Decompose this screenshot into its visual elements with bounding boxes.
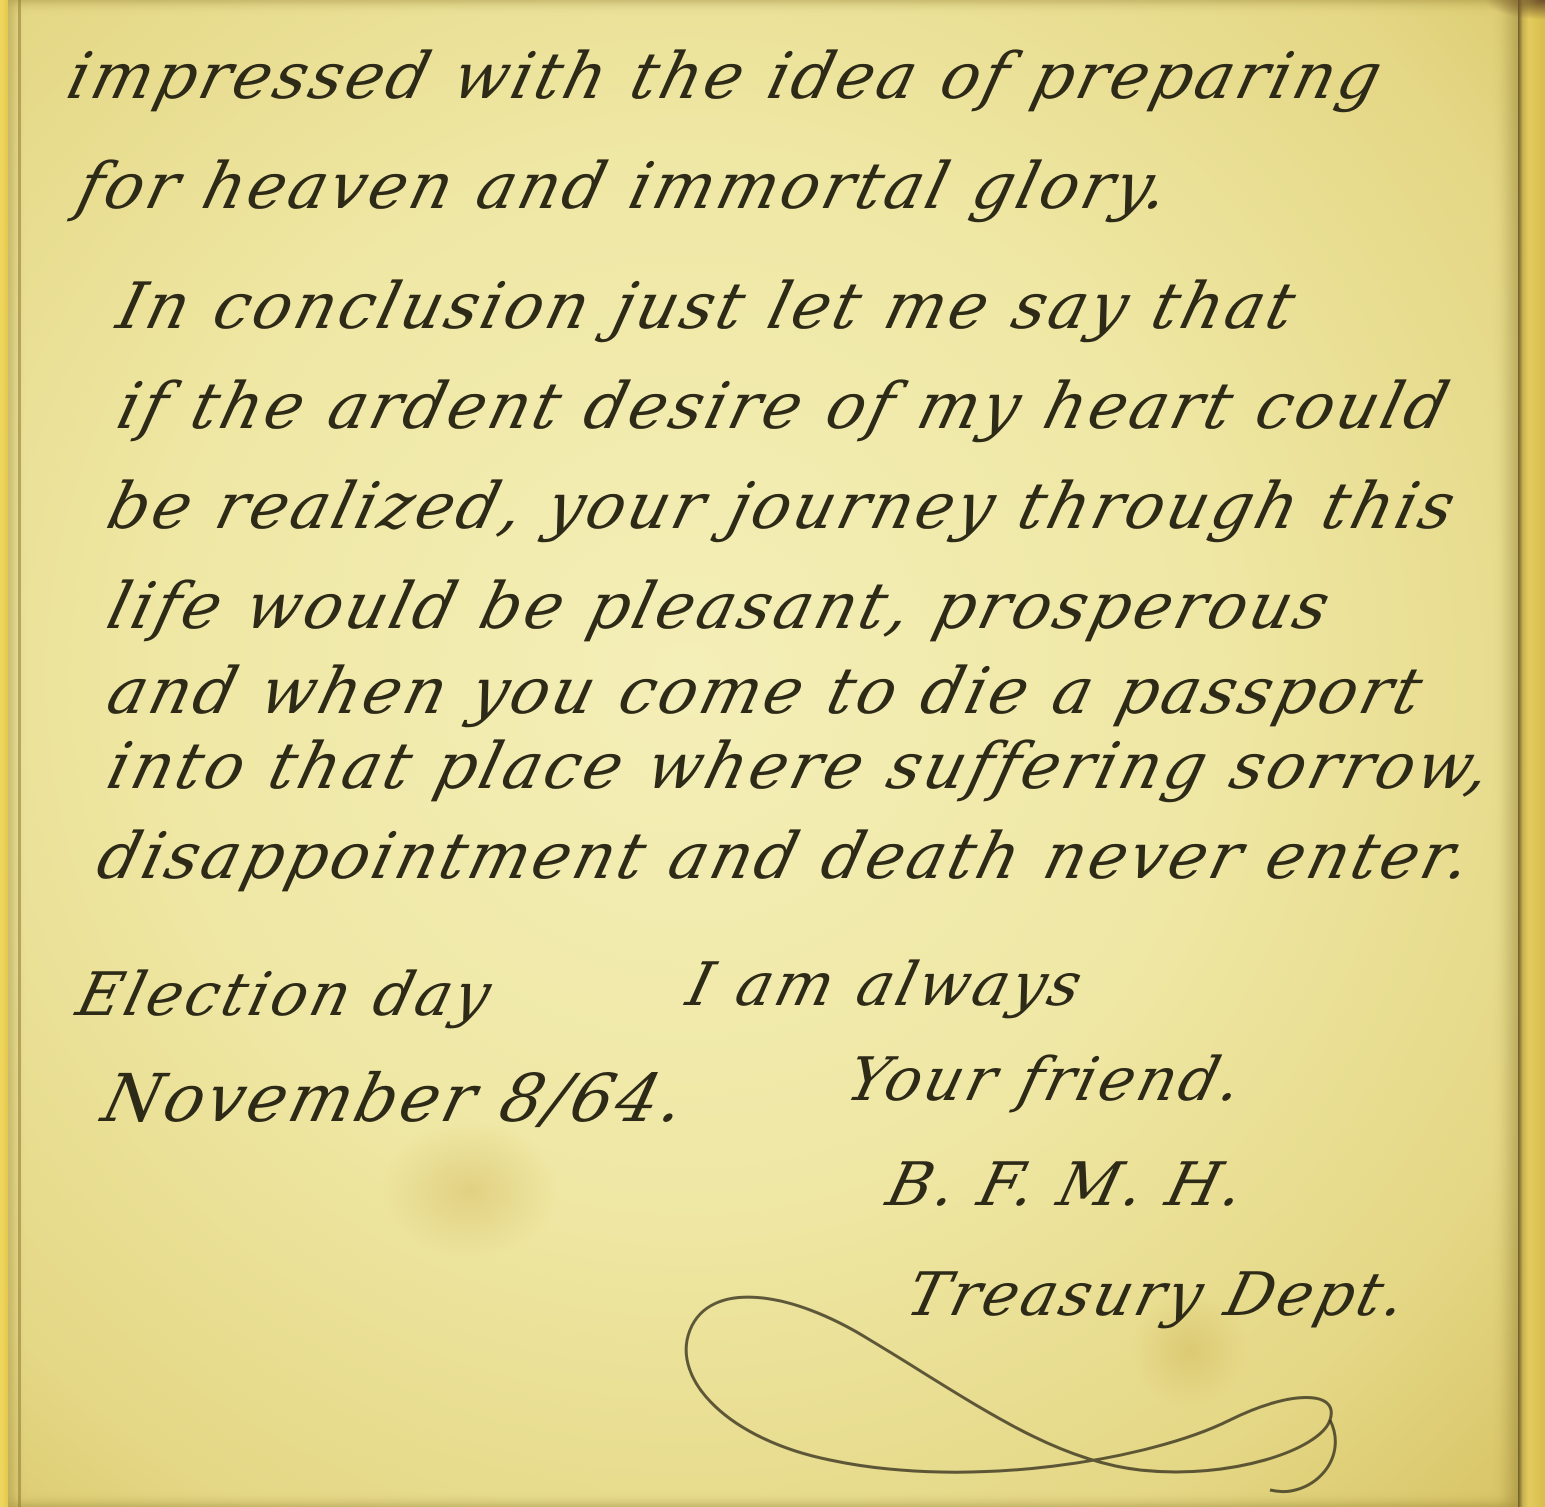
corner-shadow xyxy=(1485,0,1545,20)
body-line: life would be pleasant, prosperous xyxy=(100,570,1340,644)
dateline-election-day: Election day xyxy=(70,960,501,1030)
closing-salutation: I am always xyxy=(680,950,1092,1020)
signature-flourish xyxy=(670,1270,1370,1507)
closing-your-friend: Your friend. xyxy=(840,1045,1252,1115)
dateline-date: November 8/64. xyxy=(95,1060,696,1137)
body-line: into that place where suffering sorrow, xyxy=(100,730,1501,804)
body-line: be realized, your journey through this xyxy=(100,470,1465,544)
body-line: impressed with the idea of preparing xyxy=(60,40,1392,114)
body-line: In conclusion just let me say that xyxy=(110,270,1305,344)
body-line: and when you come to die a passport xyxy=(100,655,1432,729)
body-line: if the ardent desire of my heart could xyxy=(110,370,1459,444)
paper-stain xyxy=(380,1120,560,1260)
page-right-edge xyxy=(1518,0,1545,1507)
body-line: disappointment and death never enter. xyxy=(90,820,1481,894)
signature-initials: B. F. M. H. xyxy=(880,1150,1254,1220)
page-fold-line xyxy=(18,0,21,1507)
body-line: for heaven and immortal glory. xyxy=(70,150,1179,224)
